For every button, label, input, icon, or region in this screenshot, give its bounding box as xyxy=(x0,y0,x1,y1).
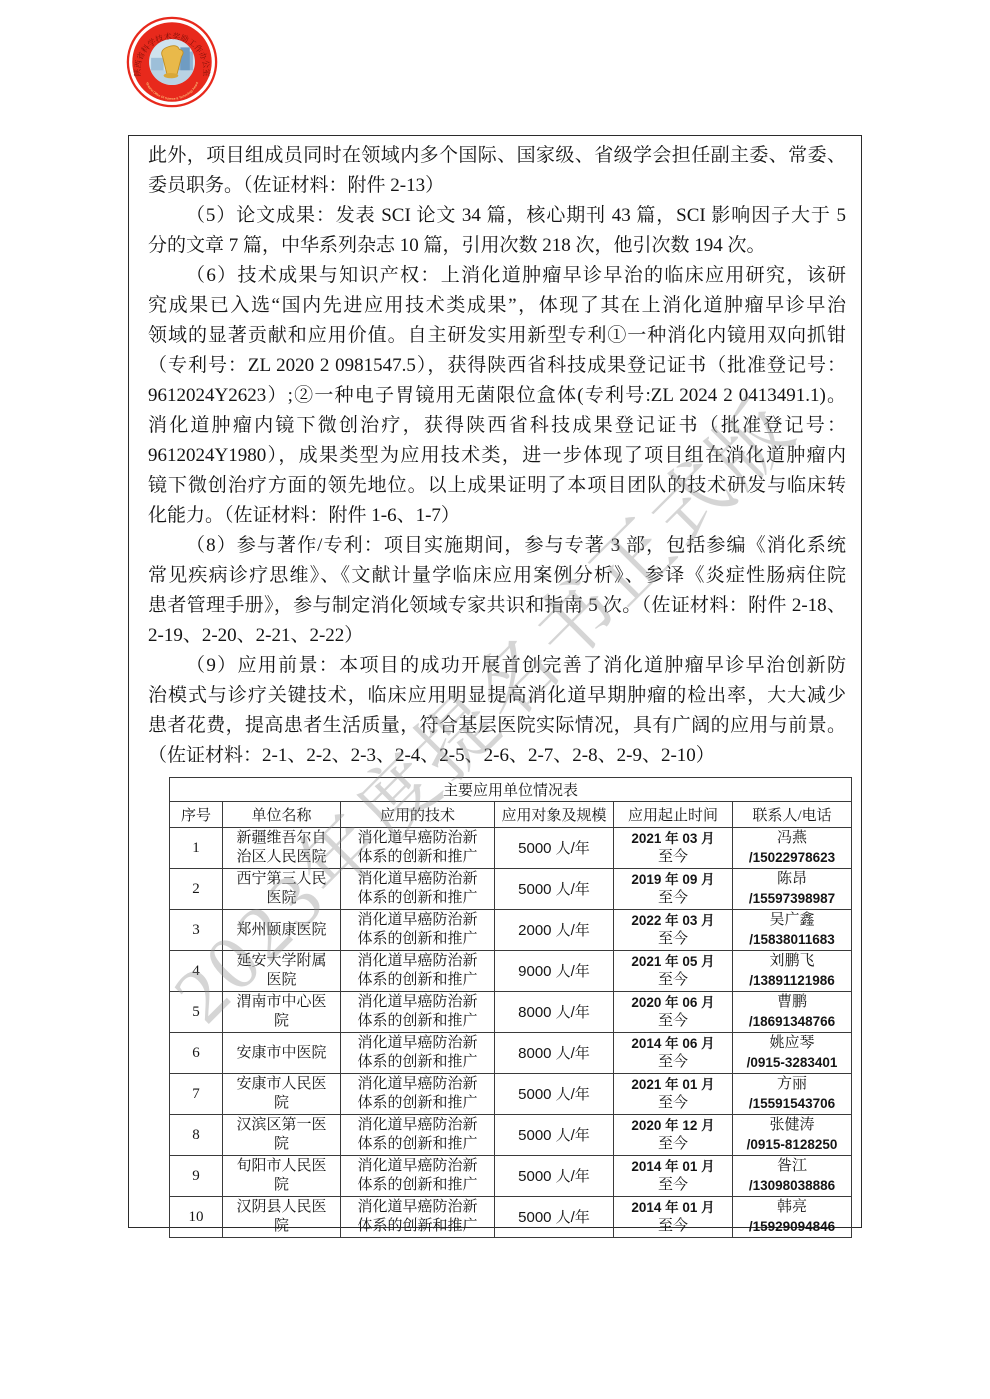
table-row: 8 汉滨区第一医院 消化道早癌防治新体系的创新和推广 5000 人/年 2020… xyxy=(170,1115,852,1156)
body-line: （5）论文成果：发表 SCI 论文 34 篇，核心期刊 43 篇，SCI 影响因… xyxy=(148,201,846,231)
table-row: 6 安康市中医院 消化道早癌防治新体系的创新和推广 8000 人/年 2014 … xyxy=(170,1033,852,1074)
cell-technology: 消化道早癌防治新体系的创新和推广 xyxy=(341,869,495,910)
body-line: 常见疾病诊疗思维》、《文献计量学临床应用案例分析》、参译《炎症性肠病住院 xyxy=(148,561,846,591)
cell-seq: 8 xyxy=(170,1115,223,1156)
cell-technology: 消化道早癌防治新体系的创新和推广 xyxy=(341,1156,495,1197)
cell-unit-name: 西宁第三人民医院 xyxy=(223,869,341,910)
col-header-contact: 联系人/电话 xyxy=(733,802,852,828)
table-header-row: 序号 单位名称 应用的技术 应用对象及规模 应用起止时间 联系人/电话 xyxy=(170,802,852,828)
body-line: （6）技术成果与知识产权：上消化道肿瘤早诊早治的临床应用研究，该研 xyxy=(148,261,846,291)
cell-seq: 5 xyxy=(170,992,223,1033)
table-row: 4 延安大学附属医院 消化道早癌防治新体系的创新和推广 9000 人/年 202… xyxy=(170,951,852,992)
cell-unit-name: 郑州颐康医院 xyxy=(223,910,341,951)
body-line: 9612024Y2623）;②一种电子胃镜用无菌限位盒体(专利号:ZL 2024… xyxy=(148,381,846,411)
cell-contact: 陈昂/15597398987 xyxy=(733,869,852,910)
cell-technology: 消化道早癌防治新体系的创新和推广 xyxy=(341,992,495,1033)
cell-unit-name: 旬阳市人民医院 xyxy=(223,1156,341,1197)
cell-contact: 曹鹏/18691348766 xyxy=(733,992,852,1033)
cell-unit-name: 安康市人民医院 xyxy=(223,1074,341,1115)
cell-contact: 冯燕/15022978623 xyxy=(733,828,852,869)
body-line: 究成果已入选“国内先进应用技术类成果”，体现了其在上消化道肿瘤早诊早治 xyxy=(148,291,846,321)
cell-scale: 2000 人/年 xyxy=(495,910,614,951)
col-header-scale: 应用对象及规模 xyxy=(495,802,614,828)
cell-scale: 5000 人/年 xyxy=(495,1197,614,1238)
cell-contact: 昝江/13098038886 xyxy=(733,1156,852,1197)
cell-seq: 6 xyxy=(170,1033,223,1074)
cell-scale: 9000 人/年 xyxy=(495,951,614,992)
table-row: 5 渭南市中心医院 消化道早癌防治新体系的创新和推广 8000 人/年 2020… xyxy=(170,992,852,1033)
cell-contact: 吴广鑫/15838011683 xyxy=(733,910,852,951)
cell-scale: 5000 人/年 xyxy=(495,828,614,869)
cell-technology: 消化道早癌防治新体系的创新和推广 xyxy=(341,910,495,951)
col-header-seq: 序号 xyxy=(170,802,223,828)
col-header-unit-name: 单位名称 xyxy=(223,802,341,828)
cell-contact: 张健涛/0915-8128250 xyxy=(733,1115,852,1156)
cell-period: 2022 年 03 月至今 xyxy=(614,910,733,951)
cell-unit-name: 安康市中医院 xyxy=(223,1033,341,1074)
col-header-technology: 应用的技术 xyxy=(341,802,495,828)
body-line: 治模式与诊疗关键技术，临床应用明显提高消化道早期肿瘤的检出率，大大减少 xyxy=(148,681,846,711)
cell-scale: 5000 人/年 xyxy=(495,869,614,910)
table-row: 9 旬阳市人民医院 消化道早癌防治新体系的创新和推广 5000 人/年 2014… xyxy=(170,1156,852,1197)
body-line: 9612024Y1980），成果类型为应用技术类，进一步体现了项目组在消化道肿瘤… xyxy=(148,441,846,471)
cell-technology: 消化道早癌防治新体系的创新和推广 xyxy=(341,1197,495,1238)
cell-unit-name: 渭南市中心医院 xyxy=(223,992,341,1033)
cell-seq: 7 xyxy=(170,1074,223,1115)
body-line: 领域的显著贡献和应用价值。自主研发实用新型专利①一种消化内镜用双向抓钳 xyxy=(148,321,846,351)
cell-technology: 消化道早癌防治新体系的创新和推广 xyxy=(341,828,495,869)
body-line: 委员职务。（佐证材料：附件 2-13） xyxy=(148,171,846,201)
cell-scale: 8000 人/年 xyxy=(495,992,614,1033)
cell-period: 2020 年 12 月至今 xyxy=(614,1115,733,1156)
cell-unit-name: 延安大学附属医院 xyxy=(223,951,341,992)
table-row: 10 汉阴县人民医院 消化道早癌防治新体系的创新和推广 5000 人/年 201… xyxy=(170,1197,852,1238)
cell-unit-name: 新疆维吾尔自治区人民医院 xyxy=(223,828,341,869)
table-row: 3 郑州颐康医院 消化道早癌防治新体系的创新和推广 2000 人/年 2022 … xyxy=(170,910,852,951)
cell-technology: 消化道早癌防治新体系的创新和推广 xyxy=(341,1115,495,1156)
body-line: 2-19、2-20、2-21、2-22） xyxy=(148,621,846,651)
body-line: 患者花费，提高患者生活质量，符合基层医院实际情况，具有广阔的应用与前景。 xyxy=(148,711,846,741)
content-box: 此外，项目组成员同时在领域内多个国际、国家级、省级学会担任副主委、常委、 委员职… xyxy=(128,135,862,1228)
body-line: （专利号：ZL 2020 2 0981547.5），获得陕西省科技成果登记证书（… xyxy=(148,351,846,381)
body-line: 患者管理手册》，参与制定消化领域专家共识和指南 5 次。（佐证材料：附件 2-1… xyxy=(148,591,846,621)
cell-period: 2021 年 05 月至今 xyxy=(614,951,733,992)
document-page: 陕西省科学技术奖励工作办公室 Shaanxi Office Of Science… xyxy=(0,0,990,1399)
cell-seq: 1 xyxy=(170,828,223,869)
cell-unit-name: 汉滨区第一医院 xyxy=(223,1115,341,1156)
body-line: （8）参与著作/专利：项目实施期间，参与专著 3 部，包括参编《消化系统 xyxy=(148,531,846,561)
body-line: 分的文章 7 篇，中华系列杂志 10 篇，引用次数 218 次，他引次数 194… xyxy=(148,231,846,261)
cell-contact: 方丽/15591543706 xyxy=(733,1074,852,1115)
cell-contact: 姚应琴/0915-3283401 xyxy=(733,1033,852,1074)
cell-technology: 消化道早癌防治新体系的创新和推广 xyxy=(341,1074,495,1115)
cell-technology: 消化道早癌防治新体系的创新和推广 xyxy=(341,1033,495,1074)
cell-period: 2020 年 06 月至今 xyxy=(614,992,733,1033)
body-line: 此外，项目组成员同时在领域内多个国际、国家级、省级学会担任副主委、常委、 xyxy=(148,141,846,171)
body-line: 化能力。（佐证材料：附件 1-6、1-7） xyxy=(148,501,846,531)
table-row: 1 新疆维吾尔自治区人民医院 消化道早癌防治新体系的创新和推广 5000 人/年… xyxy=(170,828,852,869)
cell-technology: 消化道早癌防治新体系的创新和推广 xyxy=(341,951,495,992)
seal-center-photo xyxy=(149,39,195,85)
table-row: 2 西宁第三人民医院 消化道早癌防治新体系的创新和推广 5000 人/年 201… xyxy=(170,869,852,910)
cell-contact: 刘鹏飞/13891121986 xyxy=(733,951,852,992)
cell-period: 2019 年 09 月至今 xyxy=(614,869,733,910)
award-office-seal-logo: 陕西省科学技术奖励工作办公室 Shaanxi Office Of Science… xyxy=(126,16,218,108)
cell-period: 2014 年 01 月至今 xyxy=(614,1197,733,1238)
cell-period: 2014 年 01 月至今 xyxy=(614,1156,733,1197)
cell-scale: 5000 人/年 xyxy=(495,1115,614,1156)
body-line: 镜下微创治疗方面的领先地位。以上成果证明了本项目团队的技术研发与临床转 xyxy=(148,471,846,501)
body-text: 此外，项目组成员同时在领域内多个国际、国家级、省级学会担任副主委、常委、 委员职… xyxy=(148,141,844,771)
cell-scale: 5000 人/年 xyxy=(495,1156,614,1197)
cell-period: 2021 年 03 月至今 xyxy=(614,828,733,869)
cell-seq: 10 xyxy=(170,1197,223,1238)
cell-period: 2014 年 06 月至今 xyxy=(614,1033,733,1074)
application-units-table: 主要应用单位情况表 序号 单位名称 应用的技术 应用对象及规模 应用起止时间 联… xyxy=(169,777,852,1238)
table-row: 7 安康市人民医院 消化道早癌防治新体系的创新和推广 5000 人/年 2021… xyxy=(170,1074,852,1115)
cell-contact: 韩亮/15929094846 xyxy=(733,1197,852,1238)
cell-seq: 4 xyxy=(170,951,223,992)
cell-period: 2021 年 01 月至今 xyxy=(614,1074,733,1115)
cell-scale: 8000 人/年 xyxy=(495,1033,614,1074)
cell-seq: 9 xyxy=(170,1156,223,1197)
cell-scale: 5000 人/年 xyxy=(495,1074,614,1115)
table-title: 主要应用单位情况表 xyxy=(170,778,852,802)
body-line: （9）应用前景：本项目的成功开展首创完善了消化道肿瘤早诊早治创新防 xyxy=(148,651,846,681)
cell-seq: 3 xyxy=(170,910,223,951)
body-line: （佐证材料：2-1、2-2、2-3、2-4、2-5、2-6、2-7、2-8、2-… xyxy=(148,741,846,771)
cell-seq: 2 xyxy=(170,869,223,910)
body-line: 消化道肿瘤内镜下微创治疗，获得陕西省科技成果登记证书（批准登记号： xyxy=(148,411,846,441)
col-header-period: 应用起止时间 xyxy=(614,802,733,828)
cell-unit-name: 汉阴县人民医院 xyxy=(223,1197,341,1238)
